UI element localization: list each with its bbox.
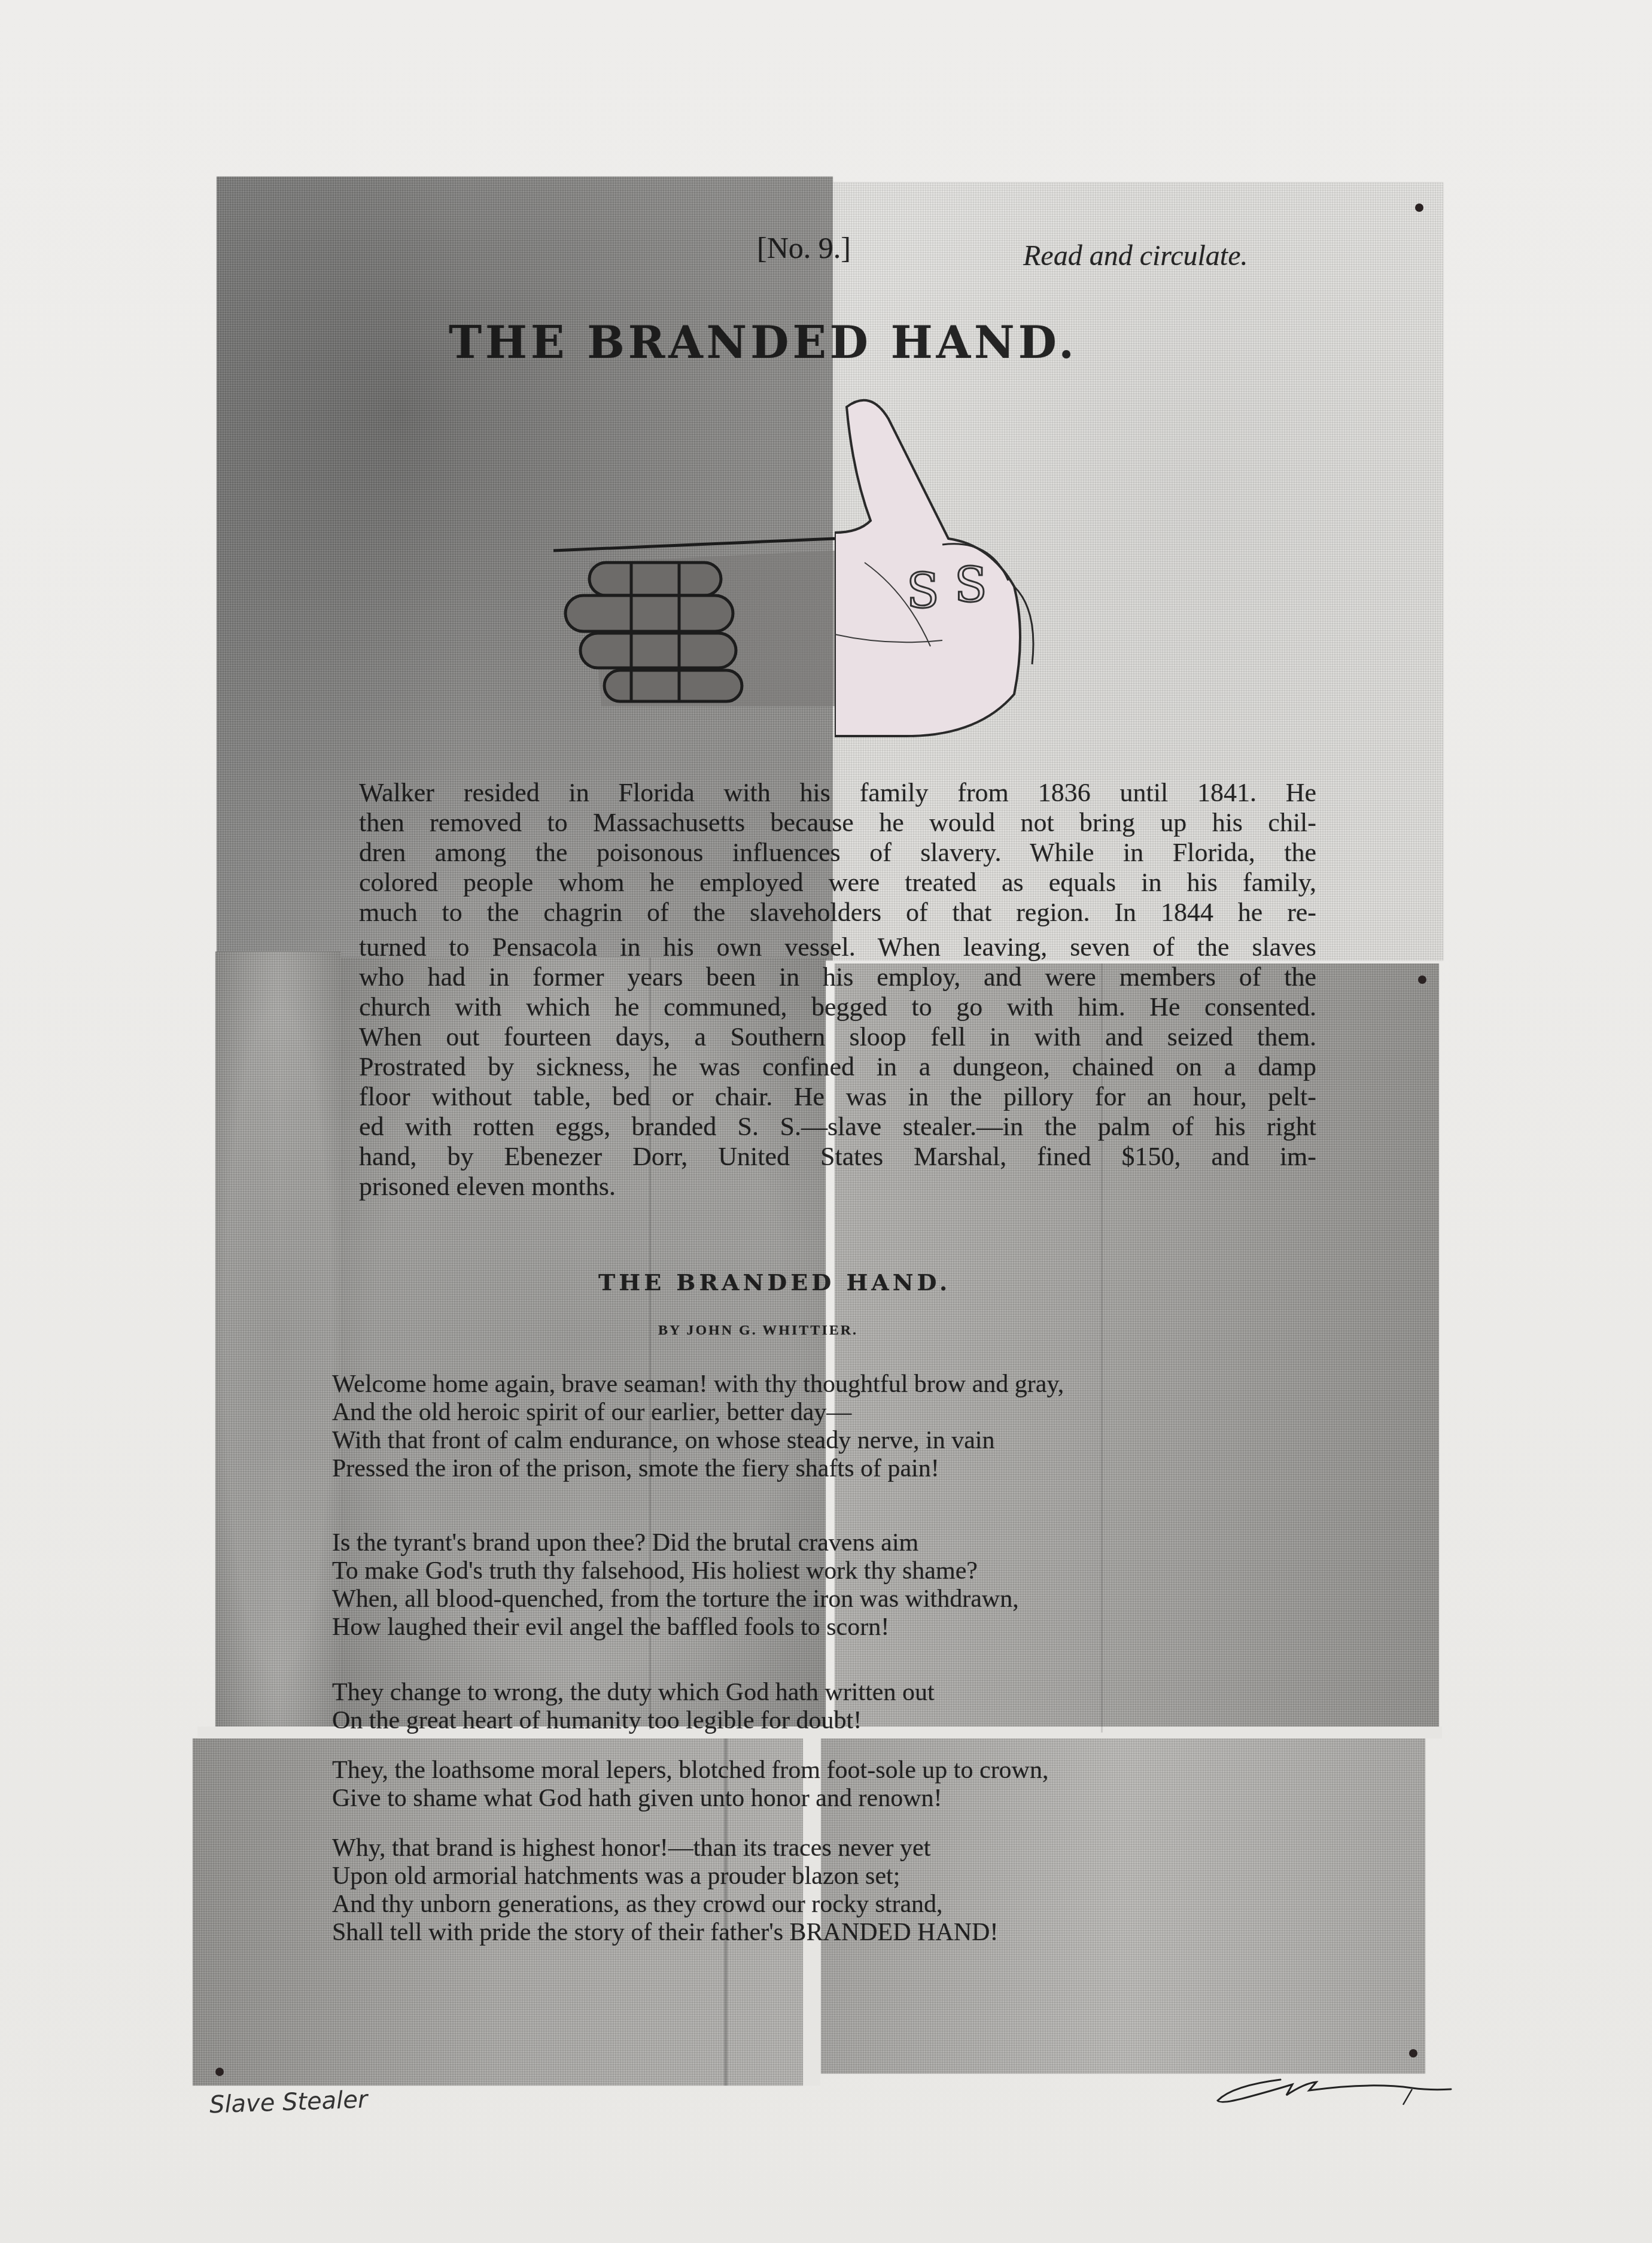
poem-line: Give to shame what God hath given unto h… bbox=[332, 1785, 1048, 1813]
poem-author: BY JOHN G. WHITTIER. bbox=[658, 1323, 858, 1339]
panel-middle-left-strip bbox=[215, 952, 341, 1730]
branded-hand-right-half-icon: S S bbox=[835, 383, 1062, 742]
prose-line: church with which he communed, begged to… bbox=[359, 992, 1316, 1022]
poem-line: They, the loathsome moral lepers, blotch… bbox=[332, 1756, 1048, 1785]
poem-stanza: Welcome home again, brave seaman! with t… bbox=[332, 1370, 1064, 1483]
pin-dot bbox=[1418, 975, 1426, 984]
poem-line: They change to wrong, the duty which God… bbox=[332, 1679, 1048, 1707]
poem-line: Why, that brand is highest honor!—than i… bbox=[332, 1834, 998, 1862]
artist-signature-icon bbox=[1215, 2074, 1454, 2110]
prose-line: Walker resided in Florida with his famil… bbox=[359, 778, 1316, 808]
pin-dot bbox=[215, 2068, 224, 2076]
poem-stanza: Is the tyrant's brand upon thee? Did the… bbox=[332, 1529, 1019, 1642]
pamphlet-title: THE BRANDED HAND. bbox=[449, 317, 1078, 369]
poem-line: Welcome home again, brave seaman! with t… bbox=[332, 1370, 1064, 1399]
poem-stanza: They change to wrong, the duty which God… bbox=[332, 1679, 1048, 1813]
poem-line: Pressed the iron of the prison, smote th… bbox=[332, 1455, 1064, 1483]
tagline: Read and circulate. bbox=[1023, 239, 1248, 272]
poem-line: How laughed their evil angel the baffled… bbox=[332, 1613, 1019, 1642]
poem-line: Is the tyrant's brand upon thee? Did the… bbox=[332, 1529, 1019, 1557]
prose-line: then removed to Massachusetts because he… bbox=[359, 808, 1316, 838]
poem-line: With that front of calm endurance, on wh… bbox=[332, 1427, 1064, 1455]
poem-line: When, all blood-quenched, from the tortu… bbox=[332, 1585, 1019, 1613]
poem-line: Upon old armorial hatchments was a proud… bbox=[332, 1862, 998, 1891]
poem-title: THE BRANDED HAND. bbox=[598, 1269, 951, 1296]
branded-hand-left-half-icon bbox=[553, 527, 835, 712]
prose-line: hand, by Ebenezer Dorr, United States Ma… bbox=[359, 1142, 1316, 1172]
prose-block: Walker resided in Florida with his famil… bbox=[359, 778, 1316, 1202]
prose-line: turned to Pensacola in his own vessel. W… bbox=[359, 932, 1316, 962]
prose-line: colored people whom he employed were tre… bbox=[359, 868, 1316, 898]
poem-stanza: Why, that brand is highest honor!—than i… bbox=[332, 1834, 998, 1947]
poem-line: And the old heroic spirit of our earlier… bbox=[332, 1399, 1064, 1427]
pencil-title-inscription: Slave Stealer bbox=[209, 2086, 368, 2119]
prose-line: Prostrated by sickness, he was confined … bbox=[359, 1052, 1316, 1082]
pin-dot bbox=[1415, 203, 1423, 212]
issue-number: [No. 9.] bbox=[757, 230, 851, 265]
poem-line: On the great heart of humanity too legib… bbox=[332, 1707, 1048, 1735]
svg-text:S: S bbox=[954, 557, 987, 613]
prose-line: dren among the poisonous influences of s… bbox=[359, 838, 1316, 868]
prose-line: much to the chagrin of the slaveholders … bbox=[359, 898, 1316, 928]
prose-line: When out fourteen days, a Southern sloop… bbox=[359, 1022, 1316, 1052]
pin-dot bbox=[1409, 2049, 1417, 2057]
poem-line: To make God's truth thy falsehood, His h… bbox=[332, 1557, 1019, 1585]
poem-line: And thy unborn generations, as they crow… bbox=[332, 1891, 998, 1919]
poem-line: Shall tell with pride the story of their… bbox=[332, 1919, 998, 1947]
prose-line: prisoned eleven months. bbox=[359, 1172, 1316, 1202]
prose-line: ed with rotten eggs, branded S. S.—slave… bbox=[359, 1112, 1316, 1142]
prose-line: who had in former years been in his empl… bbox=[359, 962, 1316, 992]
prose-line: floor without table, bed or chair. He wa… bbox=[359, 1082, 1316, 1112]
